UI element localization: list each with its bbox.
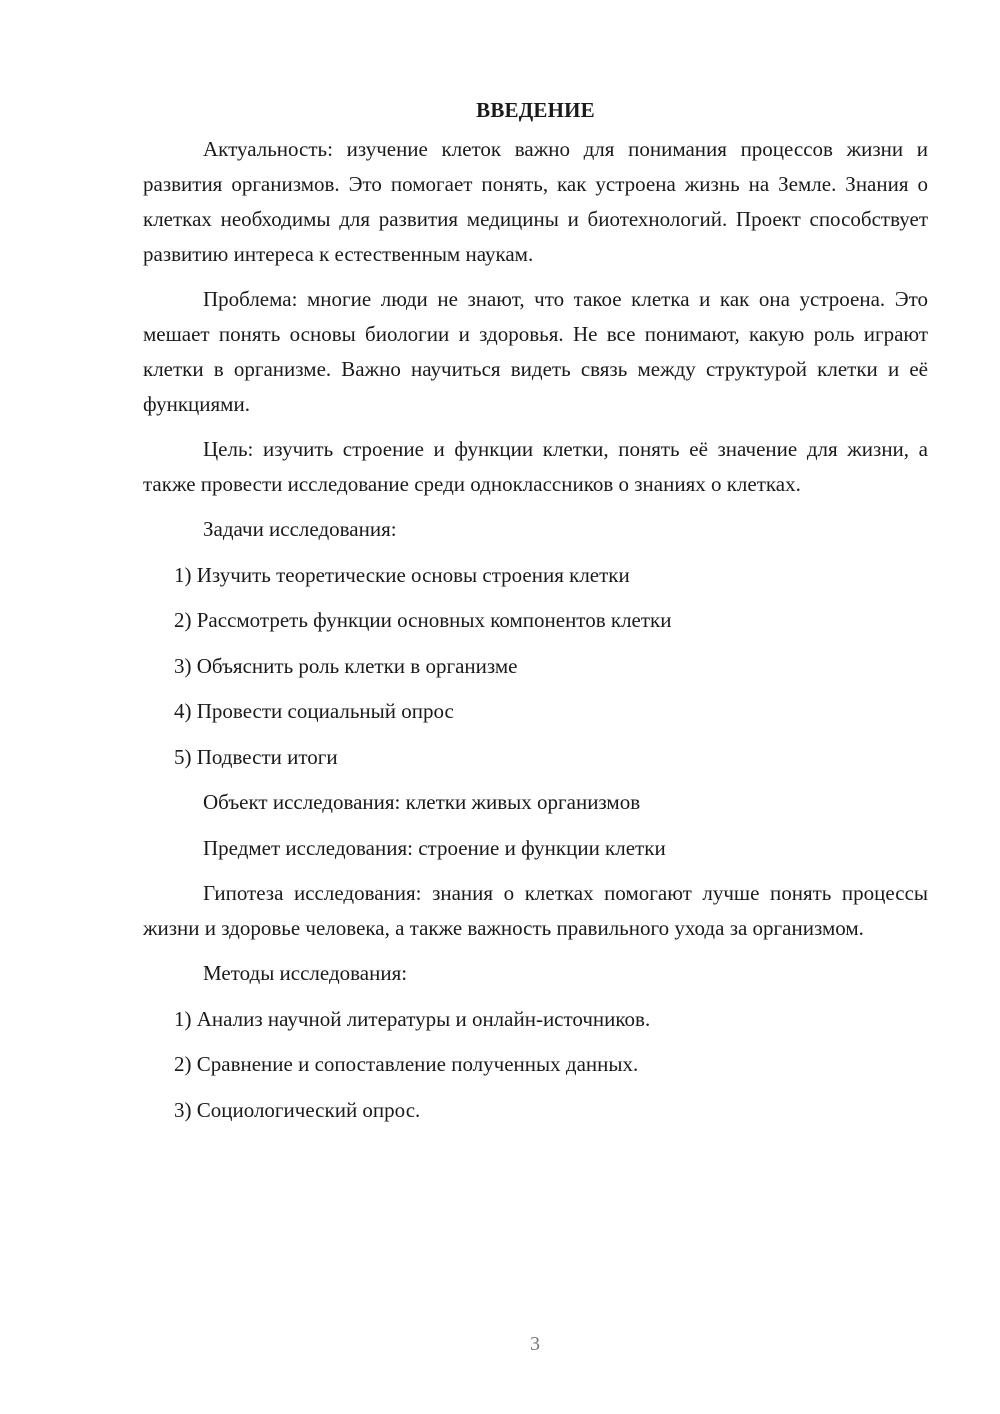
methods-list: 1) Анализ научной литературы и онлайн-ис… (143, 1002, 928, 1128)
document-page: ВВЕДЕНИЕ Актуальность: изучение клеток в… (143, 92, 928, 1138)
hypothesis-paragraph: Гипотеза исследования: знания о клетках … (143, 876, 928, 946)
section-title: ВВЕДЕНИЕ (143, 92, 928, 128)
problem-paragraph: Проблема: многие люди не знают, что тако… (143, 282, 928, 422)
methods-heading: Методы исследования: (143, 956, 928, 991)
tasks-heading: Задачи исследования: (143, 512, 928, 547)
task-item: 4) Провести социальный опрос (143, 694, 928, 729)
method-item: 3) Социологический опрос. (143, 1093, 928, 1128)
goal-paragraph: Цель: изучить строение и функции клетки,… (143, 432, 928, 502)
research-subject: Предмет исследования: строение и функции… (143, 831, 928, 866)
task-item: 5) Подвести итоги (143, 740, 928, 775)
page-number: 3 (0, 1333, 1000, 1356)
task-item: 1) Изучить теоретические основы строения… (143, 558, 928, 593)
relevance-paragraph: Актуальность: изучение клеток важно для … (143, 132, 928, 272)
method-item: 1) Анализ научной литературы и онлайн-ис… (143, 1002, 928, 1037)
task-item: 3) Объяснить роль клетки в организме (143, 649, 928, 684)
task-item: 2) Рассмотреть функции основных компонен… (143, 603, 928, 638)
research-object: Объект исследования: клетки живых органи… (143, 785, 928, 820)
tasks-list: 1) Изучить теоретические основы строения… (143, 558, 928, 775)
method-item: 2) Сравнение и сопоставление полученных … (143, 1047, 928, 1082)
